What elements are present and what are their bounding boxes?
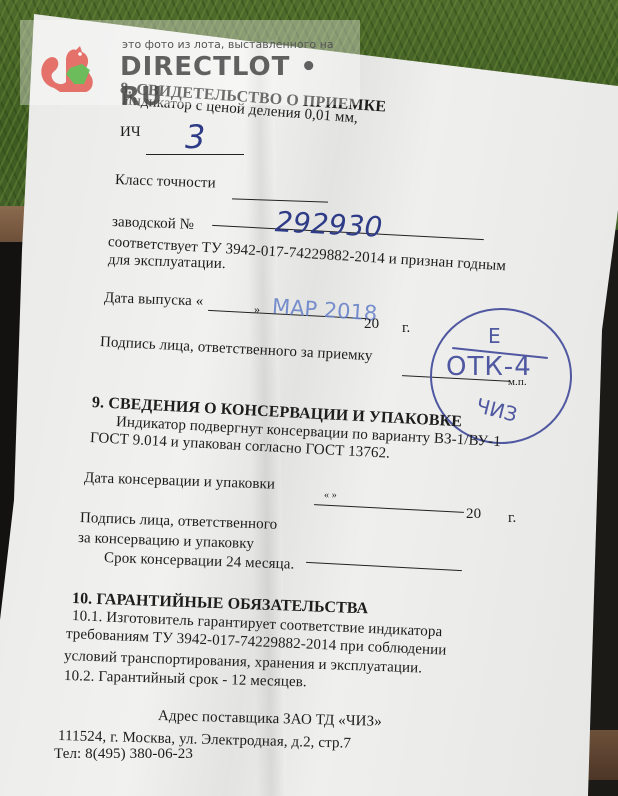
squirrel-logo-icon [36,38,116,98]
packaging-date-label: Дата консервации и упаковки [84,470,276,494]
stamp-middle-text: ОТК-4 [446,352,532,382]
release-quote-close: » [254,302,260,317]
model-label: ИЧ [120,124,141,141]
release-date-label: Дата выпуска « [104,290,204,310]
packaging-year-suffix: г. [508,510,516,527]
serial-value: 292930 [274,205,383,244]
supplier-title: Адрес поставщика ЗАО ТД «ЧИЗ» [158,708,382,731]
stamp-top-text: Е [488,324,501,348]
watermark-brand: DIRECTLOT • RU [120,52,360,112]
supplier-phone: Тел: 8(495) 380-06-23 [54,746,193,763]
compliance-line-2: для эксплуатации. [108,252,226,273]
directlot-watermark: это фото из лота, выставленного на DIREC… [20,20,360,105]
stamp-bottom-text: ЧИЗ [474,393,520,426]
watermark-caption: это фото из лота, выставленного на [122,38,334,51]
packaging-date-underline [314,504,464,513]
release-date-stamp: МАР 2018 [271,294,378,325]
packaging-signature-line [306,562,462,571]
preservation-term: Срок консервации 24 месяца. [104,550,295,574]
packaging-year-prefix: 20 [466,506,481,523]
accuracy-underline [232,198,328,202]
serial-label: заводской № [112,214,195,234]
packaging-date-quotes: « » [324,490,337,501]
model-value: 3 [185,118,205,156]
accuracy-label: Класс точности [115,172,216,193]
release-year-suffix: г. [402,320,410,337]
certificate-document: 8. СВИДЕТЕЛЬСТВО О ПРИЕМКЕ Индикатор с ц… [0,0,618,796]
acceptance-signature-label: Подпись лица, ответственного за приемку [100,334,373,365]
release-year-prefix: 20 [364,316,379,333]
